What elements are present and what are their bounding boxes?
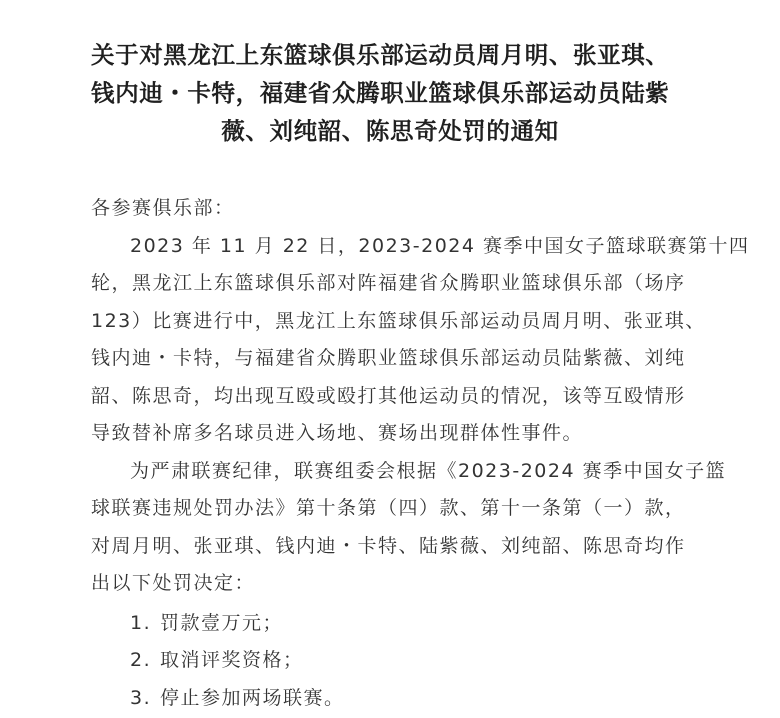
penalty-number: 1. xyxy=(130,605,160,643)
penalty-number: 3. xyxy=(130,680,160,718)
salutation: 各参赛俱乐部： xyxy=(91,190,691,228)
paragraph-line: 韶、陈思奇，均出现互殴或殴打其他运动员的情况，该等互殴情形 xyxy=(91,378,691,416)
paragraph-line: 2023 年 11 月 22 日，2023-2024 赛季中国女子篮球联赛第十四 xyxy=(91,228,691,266)
penalty-text: 罚款壹万元； xyxy=(160,612,283,634)
title-line-1: 关于对黑龙江上东篮球俱乐部运动员周月明、张亚琪、 xyxy=(0,36,780,74)
penalty-item: 1.罚款壹万元； xyxy=(91,605,691,643)
document-title: 关于对黑龙江上东篮球俱乐部运动员周月明、张亚琪、 钱内迪・卡特，福建省众腾职业篮… xyxy=(0,36,780,150)
paragraph-line: 导致替补席多名球员进入场地、赛场出现群体性事件。 xyxy=(91,415,691,453)
paragraph-line: 123）比赛进行中，黑龙江上东篮球俱乐部运动员周月明、张亚琪、 xyxy=(91,303,691,341)
penalty-text: 停止参加两场联赛。 xyxy=(160,687,345,709)
paragraph-line: 轮，黑龙江上东篮球俱乐部对阵福建省众腾职业篮球俱乐部（场序 xyxy=(91,265,691,303)
penalty-text: 取消评奖资格； xyxy=(160,649,304,671)
penalty-item: 3.停止参加两场联赛。 xyxy=(91,680,691,718)
paragraph-line: 对周月明、张亚琪、钱内迪・卡特、陆紫薇、刘纯韶、陈思奇均作 xyxy=(91,528,691,566)
paragraph-decision: 为严肃联赛纪律，联赛组委会根据《2023-2024 赛季中国女子篮 球联赛违规处… xyxy=(91,453,691,603)
title-line-3: 薇、刘纯韶、陈思奇处罚的通知 xyxy=(0,112,780,150)
document-body: 各参赛俱乐部： 2023 年 11 月 22 日，2023-2024 赛季中国女… xyxy=(91,190,691,717)
paragraph-incident: 2023 年 11 月 22 日，2023-2024 赛季中国女子篮球联赛第十四… xyxy=(91,228,691,453)
paragraph-line: 球联赛违规处罚办法》第十条第（四）款、第十一条第（一）款， xyxy=(91,490,691,528)
penalty-item: 2.取消评奖资格； xyxy=(91,642,691,680)
title-line-2: 钱内迪・卡特，福建省众腾职业篮球俱乐部运动员陆紫 xyxy=(0,74,780,112)
penalty-number: 2. xyxy=(130,642,160,680)
penalty-list: 1.罚款壹万元； 2.取消评奖资格； 3.停止参加两场联赛。 xyxy=(91,605,691,718)
paragraph-line: 出以下处罚决定： xyxy=(91,565,691,603)
paragraph-line: 钱内迪・卡特，与福建省众腾职业篮球俱乐部运动员陆紫薇、刘纯 xyxy=(91,340,691,378)
paragraph-line: 为严肃联赛纪律，联赛组委会根据《2023-2024 赛季中国女子篮 xyxy=(91,453,691,491)
